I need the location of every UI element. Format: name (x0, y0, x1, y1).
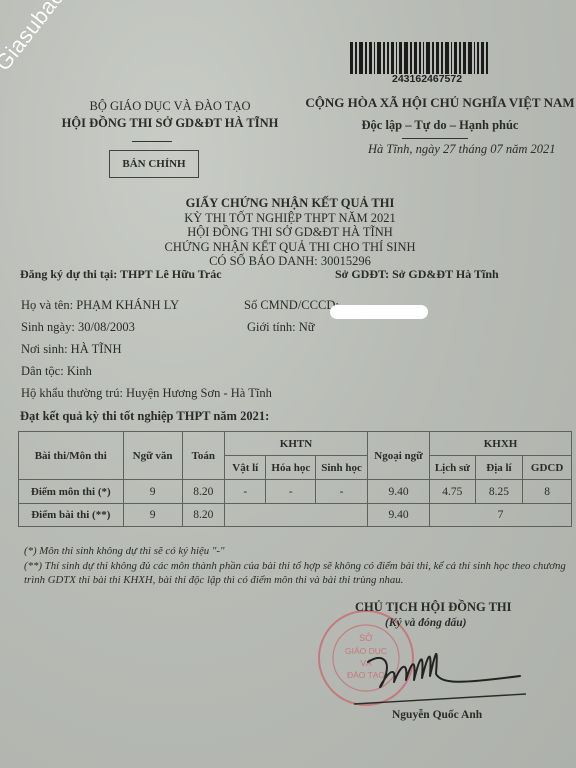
exam-score-math: 8.20 (182, 504, 224, 527)
header-subject: Bài thi/Môn thi (19, 432, 124, 480)
header-khxh: KHXH (430, 432, 572, 456)
score-history: 4.75 (430, 480, 476, 504)
gender: Giới tính: Nữ (247, 320, 315, 335)
score-literature: 9 (123, 480, 182, 504)
signatory-instruction: (Ký và đóng dấu) (385, 617, 466, 629)
header-left: BỘ GIÁO DỤC VÀ ĐÀO TẠO HỘI ĐỒNG THI SỞ G… (40, 98, 300, 132)
barcode-number: 243162467572 (392, 73, 462, 85)
ministry-name: BỘ GIÁO DỤC VÀ ĐÀO TẠO (40, 98, 300, 115)
row-label-subject-scores: Điểm môn thi (*) (19, 480, 124, 504)
score-civics: 8 (523, 480, 572, 504)
date-of-birth: Sinh ngày: 30/08/2003 (21, 320, 135, 335)
footnotes: (*) Môn thi sinh không dự thi sẽ có ký h… (24, 544, 572, 588)
ethnicity: Dân tộc: Kinh (21, 364, 92, 379)
redaction-bar (330, 305, 428, 319)
council-name: HỘI ĐỒNG THI SỞ GD&ĐT HÀ TĨNH (40, 115, 300, 132)
footnote-2: (**) Thí sinh dự thi không đủ các môn th… (24, 559, 572, 588)
header-civics: GDCD (523, 456, 572, 480)
header-biology: Sinh học (316, 456, 368, 480)
results-title: Đạt kết quả kỳ thi tốt nghiệp THPT năm 2… (20, 409, 269, 424)
original-copy-stamp: BẢN CHÍNH (109, 150, 199, 178)
candidate-name: Họ và tên: PHẠM KHÁNH LY (21, 298, 179, 313)
header-khtn: KHTN (225, 432, 368, 456)
original-copy-label: BẢN CHÍNH (122, 158, 185, 170)
header-left-divider (132, 141, 172, 142)
national-motto: Độc lập – Tự do – Hạnh phúc (300, 114, 576, 136)
certificate-title: GIẤY CHỨNG NHẬN KẾT QUẢ THI (100, 196, 480, 211)
signatory-name: Nguyễn Quốc Anh (392, 709, 482, 721)
exam-score-khxh: 7 (430, 504, 572, 527)
exam-score-foreign-language: 9.40 (367, 504, 429, 527)
header-chemistry: Hóa học (266, 456, 316, 480)
score-foreign-language: 9.40 (367, 480, 429, 504)
footnote-1: (*) Môn thi sinh không dự thi sẽ có ký h… (24, 544, 572, 559)
header-foreign-language: Ngoại ngữ (367, 432, 429, 480)
row-label-exam-scores: Điểm bài thi (**) (19, 504, 124, 527)
score-chemistry: - (266, 480, 316, 504)
score-math: 8.20 (182, 480, 224, 504)
score-geography: 8.25 (475, 480, 523, 504)
registration-school: Đăng ký dự thi tại: THPT Lê Hữu Trác (20, 267, 222, 282)
handwritten-signature-icon (350, 640, 535, 710)
header-literature: Ngữ văn (123, 432, 182, 480)
header-history: Lịch sử (430, 456, 476, 480)
exam-score-khtn (225, 504, 368, 527)
header-math: Toán (182, 432, 224, 480)
table-row: Điểm bài thi (**) 9 8.20 9.40 7 (19, 504, 572, 527)
certification-line: CHỨNG NHẬN KẾT QUẢ THI CHO THÍ SINH (100, 240, 480, 255)
table-header-row: Bài thi/Môn thi Ngữ văn Toán KHTN Ngoại … (19, 432, 572, 456)
signatory-title: CHỦ TỊCH HỘI ĐỒNG THI (355, 600, 512, 615)
header-geography: Địa lí (475, 456, 523, 480)
table-row: Điểm môn thi (*) 9 8.20 - - - 9.40 4.75 … (19, 480, 572, 504)
id-number-label: Số CMND/CCCD: (244, 298, 339, 313)
header-physics: Vật lí (225, 456, 266, 480)
birthplace: Nơi sinh: HÀ TĨNH (21, 342, 121, 357)
place-date: Hà Tĩnh, ngày 27 tháng 07 năm 2021 (368, 142, 556, 157)
exam-score-literature: 9 (123, 504, 182, 527)
exam-council: HỘI ĐỒNG THI SỞ GD&ĐT HÀ TĨNH (100, 225, 480, 240)
country-name: CỘNG HÒA XÃ HỘI CHỦ NGHĨA VIỆT NAM (300, 92, 576, 114)
watermark: Giasubaochau.net (0, 0, 123, 76)
score-physics: - (225, 480, 266, 504)
barcode (350, 42, 490, 74)
exam-name: KỲ THI TỐT NGHIỆP THPT NĂM 2021 (100, 211, 480, 226)
header-right-divider (402, 138, 468, 139)
results-table: Bài thi/Môn thi Ngữ văn Toán KHTN Ngoại … (18, 431, 572, 527)
certificate-title-block: GIẤY CHỨNG NHẬN KẾT QUẢ THI KỲ THI TỐT N… (100, 196, 480, 269)
permanent-residence: Hộ khẩu thường trú: Huyện Hương Sơn - Hà… (21, 386, 272, 401)
score-biology: - (316, 480, 368, 504)
header-right: CỘNG HÒA XÃ HỘI CHỦ NGHĨA VIỆT NAM Độc l… (300, 92, 576, 136)
registration-department: Sở GDĐT: Sở GD&ĐT Hà Tĩnh (335, 267, 499, 282)
